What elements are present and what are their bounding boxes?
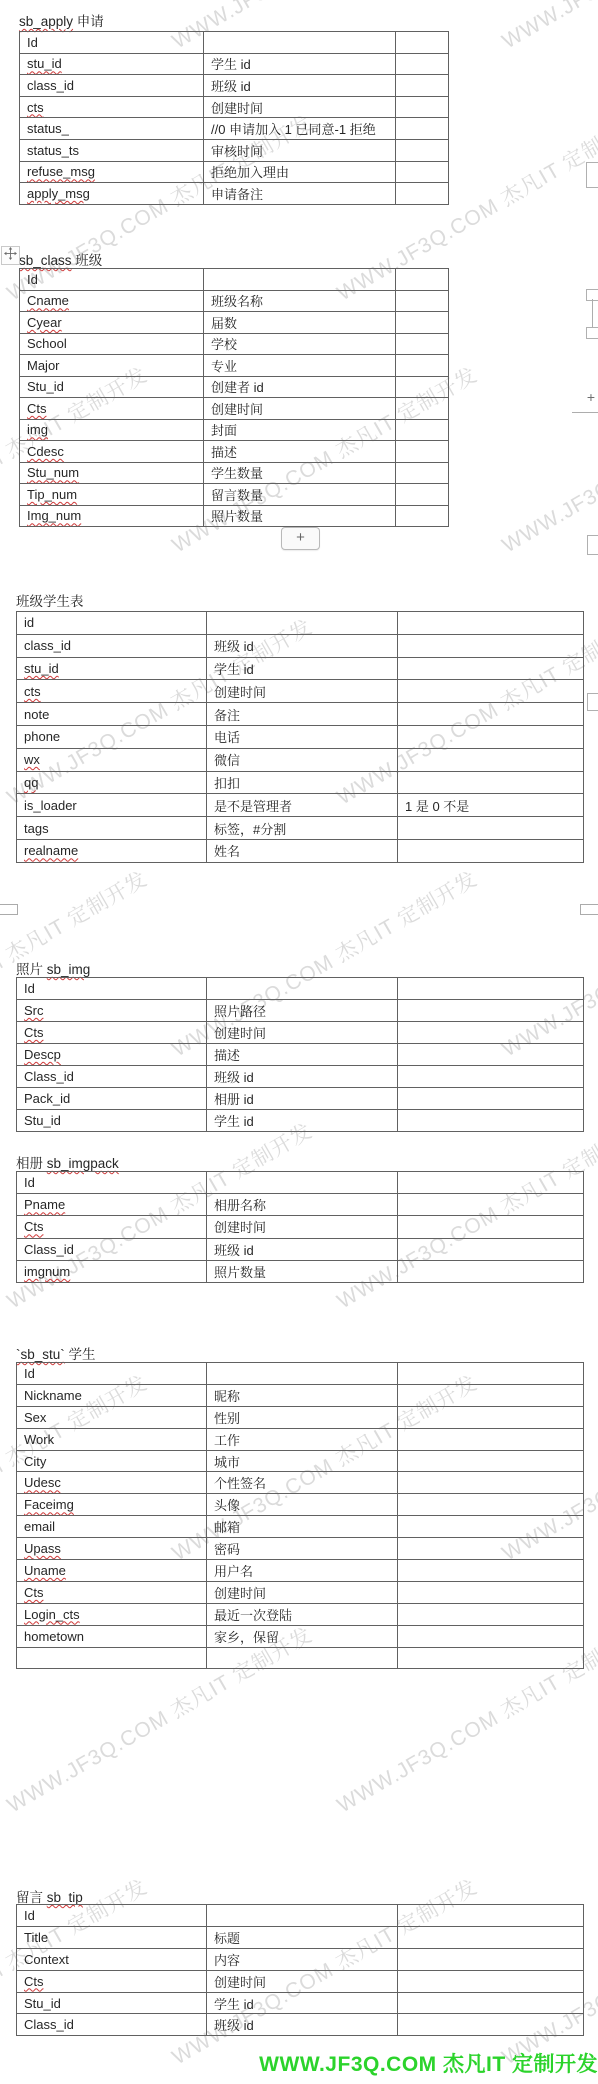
field-name: tags	[24, 821, 49, 836]
field-name-cell: stu_id	[20, 53, 204, 75]
field-desc-cell	[204, 269, 396, 291]
table-row: imgnum照片数量	[17, 1260, 584, 1282]
field-name-cell: Cts	[17, 1216, 207, 1238]
field-desc-cell: 家乡，保留	[207, 1625, 398, 1647]
table-row: Faceimg头像	[17, 1494, 584, 1516]
field-name-cell: Stu_id	[17, 1110, 207, 1132]
field-name-cell: Class_id	[17, 1066, 207, 1088]
table-row: Udesc个性签名	[17, 1472, 584, 1494]
field-desc-cell: 班级 id	[207, 2014, 398, 2036]
table-row: id	[17, 612, 584, 635]
field-name-cell: status_	[20, 118, 204, 140]
field-desc-cell: 审核时间	[204, 139, 396, 161]
field-desc-cell: 个性签名	[207, 1472, 398, 1494]
field-extra-cell	[398, 634, 584, 657]
db-schema-table: IdNickname昵称Sex性别Work工作City城市Udesc个性签名Fa…	[16, 1362, 584, 1669]
field-name-cell: Uname	[17, 1560, 207, 1582]
field-name: Src	[24, 1003, 44, 1018]
field-extra-cell	[398, 1603, 584, 1625]
table-title-part: 班级学生表	[16, 594, 84, 609]
table-row: Id	[17, 1905, 584, 1927]
field-extra-cell	[396, 484, 449, 506]
footer-brand-text: WWW.JF3Q.COM 杰凡IT 定制开发	[0, 2048, 598, 2078]
field-name: Nickname	[24, 1388, 82, 1403]
field-name-cell: note	[17, 703, 207, 726]
field-name-cell: Pack_id	[17, 1088, 207, 1110]
field-extra-cell	[398, 771, 584, 794]
field-extra-cell	[398, 817, 584, 840]
table-row: wx微信	[17, 748, 584, 771]
field-desc-cell: 扣扣	[207, 771, 398, 794]
field-desc-cell: 内容	[207, 1948, 398, 1970]
field-name: Tip_num	[27, 487, 77, 502]
field-desc-cell: 邮箱	[207, 1516, 398, 1538]
field-extra-cell	[398, 1647, 584, 1669]
table-title: 班级学生表	[16, 590, 84, 610]
db-schema-table: IdSrc照片路径Cts创建时间Descp描述Class_id班级 idPack…	[16, 977, 584, 1132]
field-name: Title	[24, 1930, 48, 1945]
field-extra-cell	[398, 680, 584, 703]
field-desc-cell: 创建时间	[207, 1581, 398, 1603]
field-extra-cell	[398, 1238, 584, 1260]
field-desc-cell	[207, 1647, 398, 1669]
field-extra-cell	[398, 1194, 584, 1216]
field-name: School	[27, 336, 67, 351]
field-extra-cell	[398, 612, 584, 635]
table-row: class_id班级 id	[17, 634, 584, 657]
field-name-cell: School	[20, 333, 204, 355]
table-row: cts创建时间	[17, 680, 584, 703]
field-name: Cname	[27, 293, 69, 308]
field-name: Sex	[24, 1410, 46, 1425]
field-name-cell: Img_num	[20, 505, 204, 527]
field-name-cell: Udesc	[17, 1472, 207, 1494]
field-extra-cell	[398, 1022, 584, 1044]
field-name: Pname	[24, 1197, 65, 1212]
field-name-cell: Context	[17, 1948, 207, 1970]
db-schema-table: IdTitle标题Context内容Cts创建时间Stu_id学生 idClas…	[16, 1904, 584, 2036]
field-extra-cell	[398, 1110, 584, 1132]
field-name: Cts	[24, 1219, 44, 1234]
field-extra-cell	[396, 32, 449, 54]
field-desc-cell: //0 申请加入 1 已同意-1 拒绝	[204, 118, 396, 140]
field-name: Id	[24, 1908, 35, 1923]
field-desc-cell: 创建时间	[207, 1022, 398, 1044]
field-name-cell: refuse_msg	[20, 161, 204, 183]
field-name: Pack_id	[24, 1091, 70, 1106]
field-desc-cell: 用户名	[207, 1560, 398, 1582]
field-extra-cell	[398, 1066, 584, 1088]
field-name: class_id	[24, 638, 71, 653]
table-row: phone电话	[17, 725, 584, 748]
field-extra-cell	[396, 312, 449, 334]
table-row: Cts创建时间	[17, 1970, 584, 1992]
field-desc-cell: 创建时间	[207, 680, 398, 703]
field-desc-cell: 创建时间	[204, 96, 396, 118]
field-name-cell: Work	[17, 1428, 207, 1450]
field-name: Id	[24, 1366, 35, 1381]
field-name: Class_id	[24, 1242, 74, 1257]
field-extra-cell	[398, 1384, 584, 1406]
field-extra-cell	[396, 398, 449, 420]
edge-artifact-box	[587, 693, 598, 711]
table-title: sb_apply 申请	[19, 10, 104, 30]
table-title-part: sb_tip	[47, 1890, 83, 1905]
field-name: is_loader	[24, 798, 77, 813]
field-name: Login_cts	[24, 1607, 80, 1622]
field-name: phone	[24, 729, 60, 744]
table-row: Stu_num学生数量	[20, 462, 449, 484]
field-extra-cell	[396, 96, 449, 118]
table-row: Stu_id学生 id	[17, 1992, 584, 2014]
field-desc-cell: 学生 id	[204, 53, 396, 75]
edge-artifact-box	[587, 535, 598, 555]
field-name: Cdesc	[27, 444, 64, 459]
table-row: Img_num照片数量	[20, 505, 449, 527]
field-desc-cell: 姓名	[207, 839, 398, 862]
field-name: email	[24, 1519, 55, 1534]
field-name-cell: Sex	[17, 1406, 207, 1428]
field-name: Id	[24, 981, 35, 996]
field-desc-cell: 城市	[207, 1450, 398, 1472]
field-name-cell: cts	[20, 96, 204, 118]
field-extra-cell	[396, 333, 449, 355]
field-extra-cell	[396, 75, 449, 97]
field-desc-cell: 标签，#分割	[207, 817, 398, 840]
field-extra-cell	[398, 703, 584, 726]
field-desc-cell: 是不是管理者	[207, 794, 398, 817]
field-desc-cell: 拒绝加入理由	[204, 161, 396, 183]
field-extra-cell	[396, 441, 449, 463]
field-name: Cts	[24, 1974, 44, 1989]
table-title: 留言 sb_tip	[16, 1886, 83, 1906]
field-name-cell: Id	[17, 1363, 207, 1385]
table-title: `sb_stu` 学生	[16, 1343, 96, 1363]
field-extra-cell	[396, 355, 449, 377]
field-extra-cell	[398, 1494, 584, 1516]
table-row: Tip_num留言数量	[20, 484, 449, 506]
field-name: Stu_id	[27, 379, 64, 394]
table-resize-plus[interactable]: +	[583, 389, 598, 405]
field-name-cell	[17, 1647, 207, 1669]
table-title-part: sb_class	[19, 253, 72, 268]
field-extra-cell	[398, 839, 584, 862]
table-row: Upass密码	[17, 1538, 584, 1560]
field-desc-cell: 性别	[207, 1406, 398, 1428]
table-row: class_id班级 id	[20, 75, 449, 97]
field-name: Udesc	[24, 1475, 61, 1490]
field-name: Uname	[24, 1563, 66, 1578]
table-title: sb_class 班级	[19, 249, 102, 269]
field-desc-cell: 电话	[207, 725, 398, 748]
table-row: Class_id班级 id	[17, 1238, 584, 1260]
table-row: Cts创建时间	[20, 398, 449, 420]
field-name: Id	[27, 35, 38, 50]
table-row: stu_id学生 id	[20, 53, 449, 75]
field-name: Stu_id	[24, 1113, 61, 1128]
db-schema-table: Idstu_id学生 idclass_id班级 idcts创建时间status_…	[19, 31, 449, 205]
field-name-cell: Upass	[17, 1538, 207, 1560]
field-name-cell: Faceimg	[17, 1494, 207, 1516]
field-desc-cell	[207, 978, 398, 1000]
field-extra-cell	[396, 505, 449, 527]
table-row: Id	[17, 978, 584, 1000]
field-name-cell: Pname	[17, 1194, 207, 1216]
field-name-cell: id	[17, 612, 207, 635]
field-desc-cell: 创建时间	[207, 1970, 398, 1992]
table-row: Login_cts最近一次登陆	[17, 1603, 584, 1625]
table-row: Descp描述	[17, 1044, 584, 1066]
table-row: Cts创建时间	[17, 1216, 584, 1238]
db-schema-table: IdCname班级名称Cyear届数School学校Major专业Stu_id创…	[19, 268, 449, 527]
field-extra-cell	[398, 725, 584, 748]
field-extra-cell	[398, 1172, 584, 1194]
field-extra-cell	[398, 1516, 584, 1538]
edge-artifact-box	[586, 162, 598, 188]
field-extra-cell	[398, 2014, 584, 2036]
field-name: stu_id	[24, 661, 59, 676]
field-extra-cell	[396, 376, 449, 398]
field-name-cell: Cyear	[20, 312, 204, 334]
field-name-cell: status_ts	[20, 139, 204, 161]
field-name: status_	[27, 121, 69, 136]
field-name-cell: Stu_id	[17, 1992, 207, 2014]
field-name: Img_num	[27, 508, 81, 523]
table-row: stu_id学生 id	[17, 657, 584, 680]
table-row: Work工作	[17, 1428, 584, 1450]
table-row: status_//0 申请加入 1 已同意-1 拒绝	[20, 118, 449, 140]
field-extra-cell	[398, 748, 584, 771]
db-schema-table: IdPname相册名称Cts创建时间Class_id班级 idimgnum照片数…	[16, 1171, 584, 1283]
field-name: id	[24, 615, 34, 630]
field-desc-cell: 创建时间	[204, 398, 396, 420]
table-row: School学校	[20, 333, 449, 355]
field-desc-cell: 专业	[204, 355, 396, 377]
field-desc-cell: 创建者 id	[204, 376, 396, 398]
field-name-cell: email	[17, 1516, 207, 1538]
field-name: refuse_msg	[27, 164, 95, 179]
table-row: Context内容	[17, 1948, 584, 1970]
field-desc-cell: 班级 id	[207, 634, 398, 657]
field-name-cell: tags	[17, 817, 207, 840]
field-name-cell: Id	[20, 269, 204, 291]
field-name: realname	[24, 843, 78, 858]
table-title-part: sb_img	[47, 962, 91, 977]
table-row: Pack_id相册 id	[17, 1088, 584, 1110]
field-name: Faceimg	[24, 1497, 74, 1512]
table-row: realname姓名	[17, 839, 584, 862]
field-desc-cell: 学校	[204, 333, 396, 355]
table-row: Uname用户名	[17, 1560, 584, 1582]
field-desc-cell: 头像	[207, 1494, 398, 1516]
field-desc-cell: 密码	[207, 1538, 398, 1560]
table-row: Stu_id创建者 id	[20, 376, 449, 398]
table-title-part: sb_apply	[19, 14, 73, 29]
field-name-cell: Id	[17, 978, 207, 1000]
table-row: img封面	[20, 419, 449, 441]
field-name-cell: Cdesc	[20, 441, 204, 463]
table-title: 照片 sb_img	[16, 958, 90, 978]
field-extra-cell	[398, 1581, 584, 1603]
table-title-part: 照片	[16, 962, 47, 977]
table-row: Id	[20, 269, 449, 291]
table-row: tags标签，#分割	[17, 817, 584, 840]
field-name-cell: Descp	[17, 1044, 207, 1066]
field-name: Descp	[24, 1047, 61, 1062]
table-row: refuse_msg拒绝加入理由	[20, 161, 449, 183]
field-name: status_ts	[27, 143, 79, 158]
page-break-mark-left	[0, 904, 18, 915]
field-name-cell: class_id	[20, 75, 204, 97]
field-extra-cell	[396, 419, 449, 441]
field-extra-cell	[396, 139, 449, 161]
field-name-cell: apply_msg	[20, 183, 204, 205]
field-extra-cell: 1 是 0 不是	[398, 794, 584, 817]
field-name: Cts	[27, 401, 47, 416]
field-name: qq	[24, 775, 38, 790]
field-name: Major	[27, 358, 60, 373]
field-name: Id	[27, 272, 38, 287]
field-name-cell: Stu_id	[20, 376, 204, 398]
field-name: wx	[24, 752, 40, 767]
field-desc-cell	[204, 32, 396, 54]
field-extra-cell	[398, 1450, 584, 1472]
table-row: Stu_id学生 id	[17, 1110, 584, 1132]
field-name: City	[24, 1454, 46, 1469]
field-name-cell: Cts	[17, 1581, 207, 1603]
table-row: Cyear届数	[20, 312, 449, 334]
field-desc-cell: 班级 id	[207, 1066, 398, 1088]
field-name: note	[24, 707, 49, 722]
field-desc-cell	[207, 612, 398, 635]
field-desc-cell: 学生 id	[207, 1992, 398, 2014]
table-move-handle[interactable]	[1, 246, 20, 265]
field-extra-cell	[398, 1406, 584, 1428]
field-name-cell: Src	[17, 1000, 207, 1022]
insert-row-button[interactable]: +	[281, 527, 320, 550]
table-title-part: 相册	[16, 1156, 47, 1171]
field-name-cell: Title	[17, 1926, 207, 1948]
field-name-cell: phone	[17, 725, 207, 748]
field-extra-cell	[398, 1560, 584, 1582]
field-name-cell: Cts	[20, 398, 204, 420]
field-extra-cell	[398, 1363, 584, 1385]
field-name: Stu_id	[24, 1996, 61, 2011]
field-name-cell: img	[20, 419, 204, 441]
field-extra-cell	[396, 290, 449, 312]
table-row: hometown家乡，保留	[17, 1625, 584, 1647]
field-name-cell: imgnum	[17, 1260, 207, 1282]
table-row: Cname班级名称	[20, 290, 449, 312]
field-name-cell: Class_id	[17, 2014, 207, 2036]
field-desc-cell: 工作	[207, 1428, 398, 1450]
field-name-cell: is_loader	[17, 794, 207, 817]
field-desc-cell: 学生数量	[204, 462, 396, 484]
field-desc-cell: 封面	[204, 419, 396, 441]
table-row: Title标题	[17, 1926, 584, 1948]
field-name: Class_id	[24, 1069, 74, 1084]
field-extra-cell	[398, 1428, 584, 1450]
field-desc-cell: 申请备注	[204, 183, 396, 205]
field-name-cell: Tip_num	[20, 484, 204, 506]
field-name: Cyear	[27, 315, 62, 330]
field-desc-cell: 标题	[207, 1926, 398, 1948]
watermark-text: WWW.JF3Q.COM 杰凡IT 定制开发	[496, 0, 598, 55]
field-extra-cell	[396, 161, 449, 183]
field-desc-cell: 相册名称	[207, 1194, 398, 1216]
field-extra-cell	[398, 657, 584, 680]
field-name-cell: Id	[20, 32, 204, 54]
field-extra-cell	[398, 1992, 584, 2014]
table-row: Cts创建时间	[17, 1022, 584, 1044]
table-title-part: 申请	[73, 14, 104, 29]
field-desc-cell: 照片数量	[207, 1260, 398, 1282]
field-name-cell: Stu_num	[20, 462, 204, 484]
field-desc-cell: 届数	[204, 312, 396, 334]
field-desc-cell: 班级 id	[204, 75, 396, 97]
field-extra-cell	[398, 1625, 584, 1647]
field-desc-cell	[207, 1905, 398, 1927]
field-name: Cts	[24, 1585, 44, 1600]
field-name: cts	[27, 100, 44, 115]
field-name-cell: wx	[17, 748, 207, 771]
field-name-cell: realname	[17, 839, 207, 862]
field-name-cell: cts	[17, 680, 207, 703]
field-extra-cell	[398, 1000, 584, 1022]
field-desc-cell	[207, 1363, 398, 1385]
field-name: Context	[24, 1952, 69, 1967]
field-name-cell: Cts	[17, 1970, 207, 1992]
field-name: Upass	[24, 1541, 61, 1556]
table-row: Major专业	[20, 355, 449, 377]
table-title-part: 留言	[16, 1890, 47, 1905]
field-name: class_id	[27, 78, 74, 93]
table-row: Cts创建时间	[17, 1581, 584, 1603]
field-name-cell: hometown	[17, 1625, 207, 1647]
field-desc-cell: 留言数量	[204, 484, 396, 506]
field-desc-cell: 备注	[207, 703, 398, 726]
field-desc-cell: 昵称	[207, 1384, 398, 1406]
field-extra-cell	[398, 1926, 584, 1948]
table-title-part: sb_imgpack	[47, 1156, 119, 1171]
field-desc-cell: 学生 id	[207, 657, 398, 680]
field-desc-cell: 相册 id	[207, 1088, 398, 1110]
table-row: Class_id班级 id	[17, 1066, 584, 1088]
field-name-cell: Cts	[17, 1022, 207, 1044]
table-row: cts创建时间	[20, 96, 449, 118]
field-name: hometown	[24, 1629, 84, 1644]
edge-artifact-box	[586, 327, 598, 339]
field-desc-cell: 描述	[204, 441, 396, 463]
table-row: note备注	[17, 703, 584, 726]
field-desc-cell: 学生 id	[207, 1110, 398, 1132]
field-name-cell: qq	[17, 771, 207, 794]
field-name-cell: Class_id	[17, 1238, 207, 1260]
table-row: Id	[17, 1363, 584, 1385]
table-row: email邮箱	[17, 1516, 584, 1538]
field-desc-cell: 最近一次登陆	[207, 1603, 398, 1625]
table-row: Id	[20, 32, 449, 54]
table-row	[17, 1647, 584, 1669]
field-extra-cell	[396, 118, 449, 140]
table-row: Sex性别	[17, 1406, 584, 1428]
field-name-cell: Id	[17, 1172, 207, 1194]
table-row: Class_id班级 id	[17, 2014, 584, 2036]
table-row: Id	[17, 1172, 584, 1194]
table-row: status_ts审核时间	[20, 139, 449, 161]
field-name-cell: Nickname	[17, 1384, 207, 1406]
table-title-part: 学生	[65, 1347, 96, 1362]
